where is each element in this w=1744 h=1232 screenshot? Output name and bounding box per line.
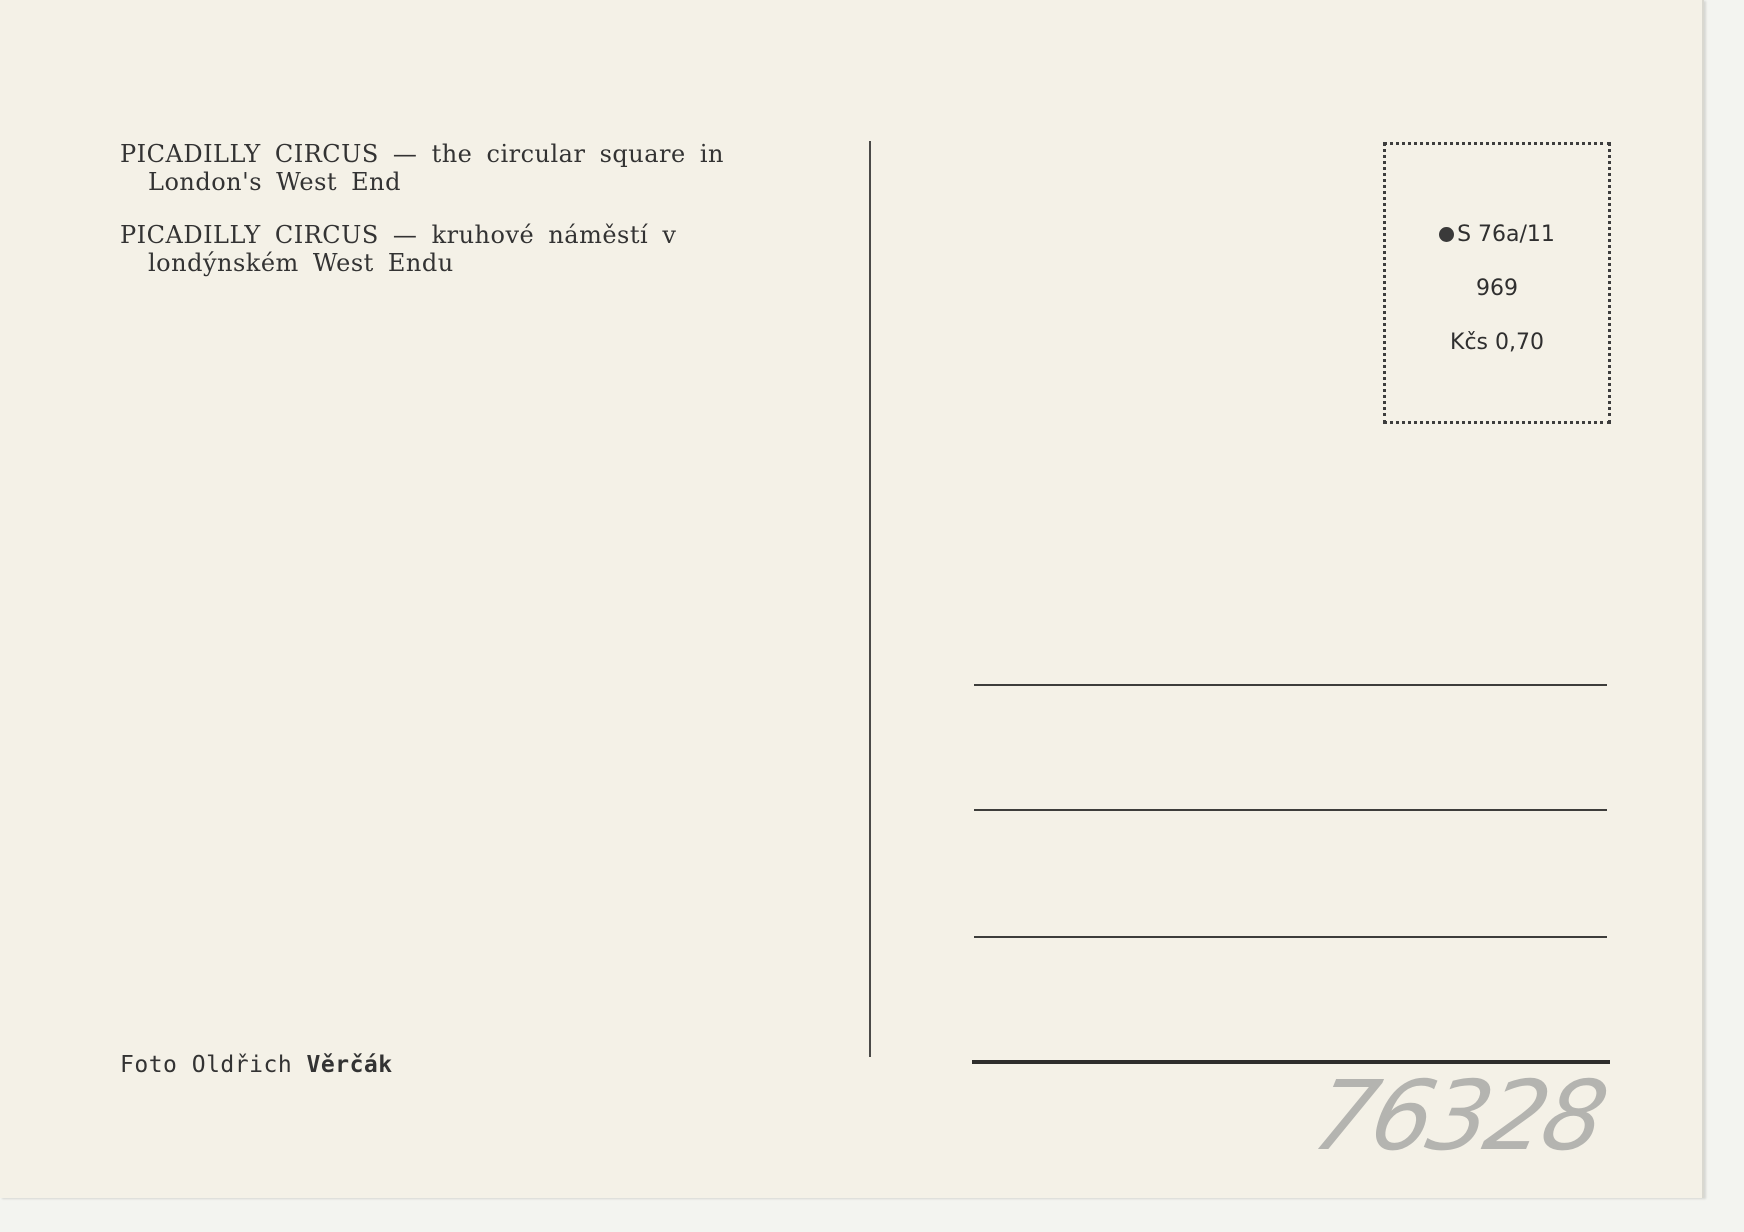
address-line-2 (974, 809, 1607, 811)
filled-circle-icon (1439, 227, 1454, 242)
stamp-code: S 76a/11 (1386, 222, 1608, 247)
center-divider (869, 141, 871, 1057)
photo-credit: Foto Oldřich Věrčák (120, 1052, 393, 1078)
address-line-1 (974, 684, 1607, 686)
stamp-number: 969 (1386, 276, 1608, 301)
caption-czech: PICADILLY CIRCUS — kruhové náměstí v lon… (120, 221, 676, 277)
stamp-box: S 76a/11 969 Kčs 0,70 (1383, 142, 1611, 424)
caption-english-line1: PICADILLY CIRCUS — the circular square i… (120, 140, 724, 168)
caption-czech-line2: londýnském West Endu (120, 249, 676, 277)
photographer-name: Věrčák (307, 1052, 393, 1078)
caption-czech-line1: PICADILLY CIRCUS — kruhové náměstí v (120, 221, 676, 249)
postcard-back: PICADILLY CIRCUS — the circular square i… (0, 0, 1704, 1198)
caption-english: PICADILLY CIRCUS — the circular square i… (120, 140, 724, 196)
address-line-3 (974, 936, 1607, 938)
caption-english-line2: London's West End (120, 168, 724, 196)
stamp-price: Kčs 0,70 (1386, 330, 1608, 355)
handwritten-number: 76328 (1304, 1060, 1613, 1172)
